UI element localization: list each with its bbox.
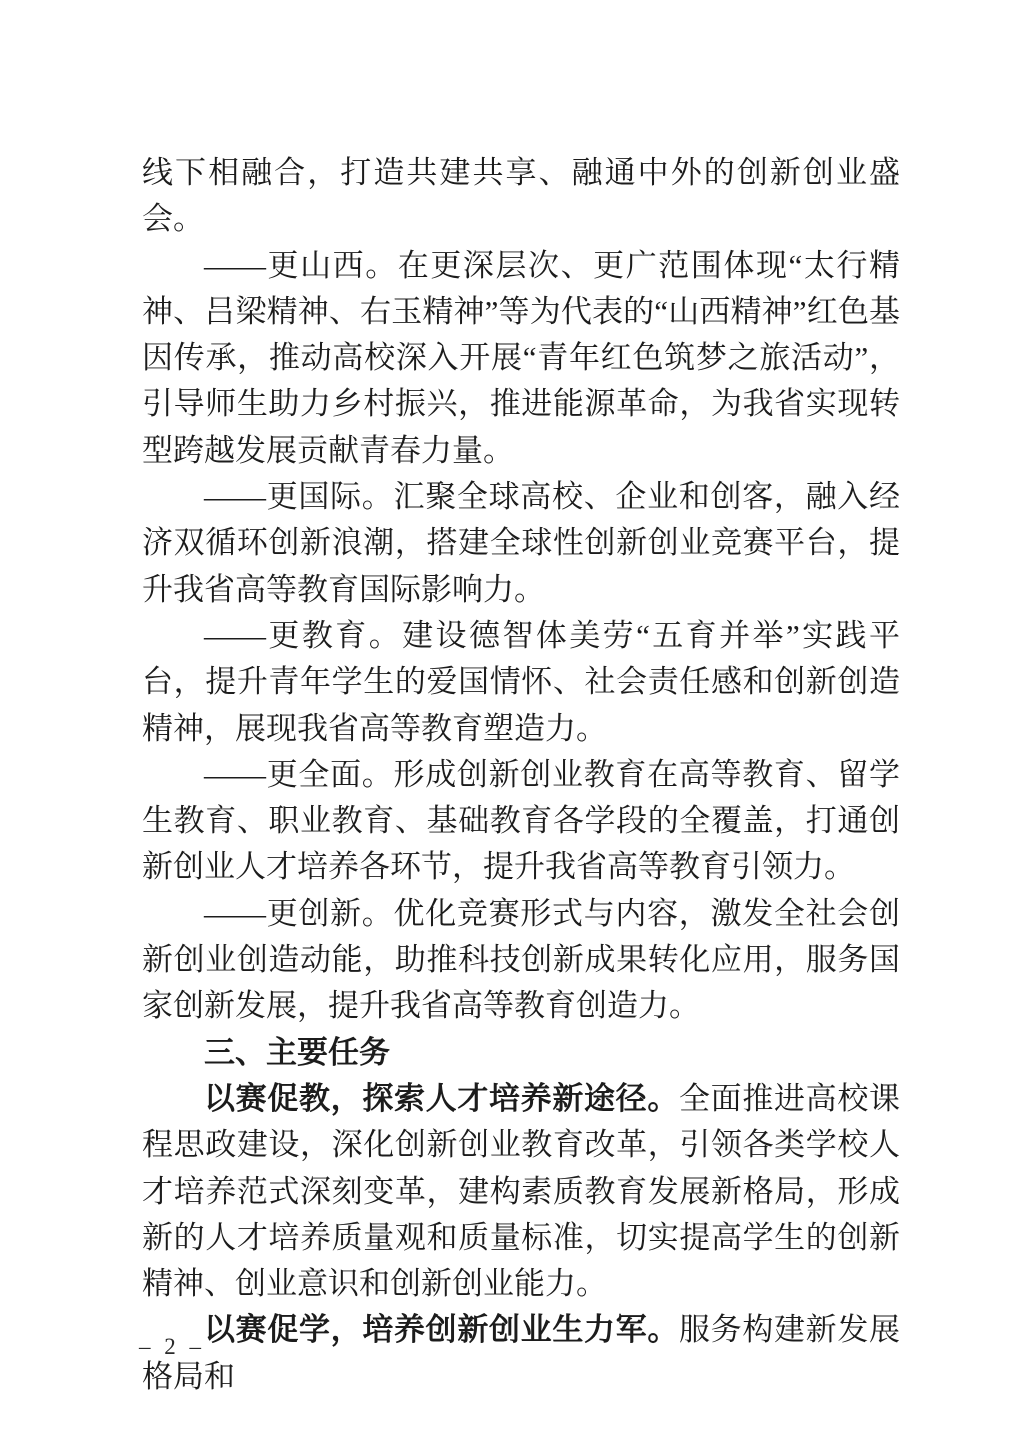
task-lead-teaching: 以赛促教，探索人才培养新途径。 xyxy=(204,1081,679,1116)
page-number: – 2 – xyxy=(139,1334,205,1360)
body-paragraph-continuation: 线下相融合，打造共建共享、融通中外的创新创业盛会。 xyxy=(142,150,900,243)
body-paragraph-innovation: ——更创新。优化竞赛形式与内容，激发全社会创新创业创造动能，助推科技创新成果转化… xyxy=(142,891,900,1030)
section-heading-main-tasks: 三、主要任务 xyxy=(142,1030,900,1076)
body-paragraph-education: ——更教育。建设德智体美劳“五育并举”实践平台，提升青年学生的爱国情怀、社会责任… xyxy=(142,613,900,752)
document-page: 线下相融合，打造共建共享、融通中外的创新创业盛会。 ——更山西。在更深层次、更广… xyxy=(0,0,1024,1448)
body-paragraph-shanxi: ——更山西。在更深层次、更广范围体现“太行精神、吕梁精神、右玉精神”等为代表的“… xyxy=(142,243,900,474)
task-paragraph-learning: 以赛促学，培养创新创业生力军。服务构建新发展格局和 xyxy=(142,1307,900,1400)
task-lead-learning: 以赛促学，培养创新创业生力军。 xyxy=(204,1312,679,1347)
body-paragraph-international: ——更国际。汇聚全球高校、企业和创客，融入经济双循环创新浪潮，搭建全球性创新创业… xyxy=(142,474,900,613)
task-paragraph-teaching: 以赛促教，探索人才培养新途径。全面推进高校课程思政建设，深化创新创业教育改革，引… xyxy=(142,1076,900,1307)
body-paragraph-comprehensive: ——更全面。形成创新创业教育在高等教育、留学生教育、职业教育、基础教育各学段的全… xyxy=(142,752,900,891)
document-body: 线下相融合，打造共建共享、融通中外的创新创业盛会。 ——更山西。在更深层次、更广… xyxy=(142,150,900,1400)
